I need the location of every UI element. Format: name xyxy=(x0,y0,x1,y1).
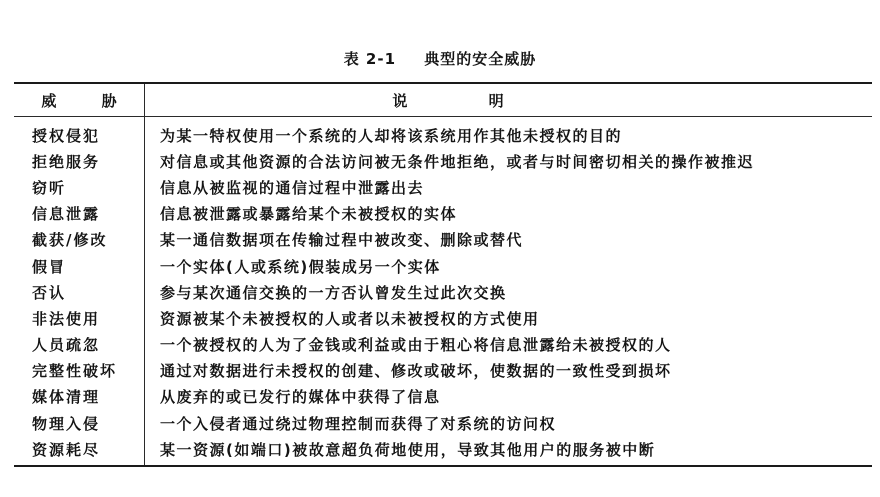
threat-name: 媒体清理 xyxy=(14,386,144,407)
threat-name: 假冒 xyxy=(14,256,144,277)
table-row: 截获/修改 某一通信数据项在传输过程中被改变、删除或替代 xyxy=(14,227,872,253)
table-row: 媒体清理 从废弃的或已发行的媒体中获得了信息 xyxy=(14,384,872,410)
threats-table: 威 胁 说 明 授权侵犯 为某一特权使用一个系统的人却将该系统用作其他未授权的目… xyxy=(14,82,872,467)
threat-description: 通过对数据进行未授权的创建、修改或破坏，使数据的一致性受到损坏 xyxy=(144,360,872,381)
threat-name: 非法使用 xyxy=(14,308,144,329)
table-row: 信息泄露 信息被泄露或暴露给某个未被授权的实体 xyxy=(14,201,872,227)
threat-name: 完整性破坏 xyxy=(14,360,144,381)
table-row: 非法使用 资源被某个未被授权的人或者以未被授权的方式使用 xyxy=(14,305,872,331)
header-description: 说 明 xyxy=(144,90,872,111)
table-number: 表 2-1 xyxy=(344,50,396,68)
table-row: 假冒 一个实体(人或系统)假装成另一个实体 xyxy=(14,253,872,279)
threat-description: 从废弃的或已发行的媒体中获得了信息 xyxy=(144,386,872,407)
threat-description: 参与某次通信交换的一方否认曾发生过此次交换 xyxy=(144,282,872,303)
threat-name: 拒绝服务 xyxy=(14,151,144,172)
column-divider xyxy=(144,84,145,465)
table-body: 授权侵犯 为某一特权使用一个系统的人却将该系统用作其他未授权的目的 拒绝服务 对… xyxy=(14,117,872,465)
table-row: 完整性破坏 通过对数据进行未授权的创建、修改或破坏，使数据的一致性受到损坏 xyxy=(14,358,872,384)
threat-name: 窃听 xyxy=(14,177,144,198)
threat-name: 人员疏忽 xyxy=(14,334,144,355)
threat-name: 截获/修改 xyxy=(14,229,144,250)
threat-description: 一个被授权的人为了金钱或利益或由于粗心将信息泄露给未被授权的人 xyxy=(144,334,872,355)
threat-description: 为某一特权使用一个系统的人却将该系统用作其他未授权的目的 xyxy=(144,125,872,146)
table-row: 拒绝服务 对信息或其他资源的合法访问被无条件地拒绝，或者与时间密切相关的操作被推… xyxy=(14,148,872,174)
threat-description: 资源被某个未被授权的人或者以未被授权的方式使用 xyxy=(144,308,872,329)
threat-description: 对信息或其他资源的合法访问被无条件地拒绝，或者与时间密切相关的操作被推迟 xyxy=(144,151,872,172)
threat-description: 某一资源(如端口)被故意超负荷地使用，导致其他用户的服务被中断 xyxy=(144,439,872,460)
threat-name: 授权侵犯 xyxy=(14,125,144,146)
threat-description: 信息从被监视的通信过程中泄露出去 xyxy=(144,177,872,198)
table-row: 授权侵犯 为某一特权使用一个系统的人却将该系统用作其他未授权的目的 xyxy=(14,122,872,148)
table-row: 物理入侵 一个入侵者通过绕过物理控制而获得了对系统的访问权 xyxy=(14,410,872,436)
table-header-row: 威 胁 说 明 xyxy=(14,84,872,116)
threat-description: 一个实体(人或系统)假装成另一个实体 xyxy=(144,256,872,277)
bottom-rule xyxy=(14,465,872,467)
threat-description: 信息被泄露或暴露给某个未被授权的实体 xyxy=(144,203,872,224)
header-threat: 威 胁 xyxy=(14,90,144,111)
table-row: 人员疏忽 一个被授权的人为了金钱或利益或由于粗心将信息泄露给未被授权的人 xyxy=(14,332,872,358)
threat-name: 资源耗尽 xyxy=(14,439,144,460)
table-row: 资源耗尽 某一资源(如端口)被故意超负荷地使用，导致其他用户的服务被中断 xyxy=(14,436,872,462)
threat-name: 否认 xyxy=(14,282,144,303)
threat-name: 物理入侵 xyxy=(14,413,144,434)
table-row: 窃听 信息从被监视的通信过程中泄露出去 xyxy=(14,174,872,200)
threat-description: 一个入侵者通过绕过物理控制而获得了对系统的访问权 xyxy=(144,413,872,434)
threat-name: 信息泄露 xyxy=(14,203,144,224)
table-title: 典型的安全威胁 xyxy=(424,50,536,68)
threat-description: 某一通信数据项在传输过程中被改变、删除或替代 xyxy=(144,229,872,250)
table-row: 否认 参与某次通信交换的一方否认曾发生过此次交换 xyxy=(14,279,872,305)
table-caption: 表 2-1 典型的安全威胁 xyxy=(0,48,880,69)
